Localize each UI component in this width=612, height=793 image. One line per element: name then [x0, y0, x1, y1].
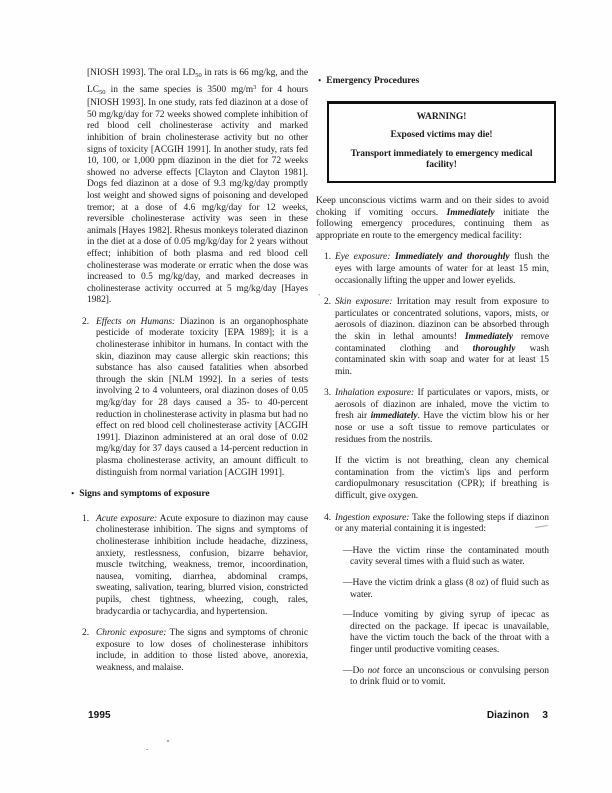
footer-page-info: Diazinon3: [487, 710, 548, 721]
footer-page-number: 3: [542, 710, 548, 721]
heading-text: Emergency Procedures: [326, 76, 419, 86]
item-number: 2.: [82, 317, 89, 329]
list-item-eye-exposure: 1.Eye exposure: Immediately and thorough…: [316, 252, 549, 287]
emphasis-text: Immediately: [465, 332, 513, 342]
emphasis-text: immediately: [371, 411, 418, 421]
paragraph-animal-effects: [NIOSH 1993]. The oral LD50 in rats is 6…: [87, 68, 308, 307]
document-page: [NIOSH 1993]. The oral LD50 in rats is 6…: [0, 0, 612, 793]
bullet-icon: •: [71, 490, 74, 500]
bullet-icon: •: [318, 77, 321, 87]
item-number: 2.: [324, 297, 331, 309]
dash-item-drink-fluid: —Have the victim drink a glass (8 oz) of…: [316, 578, 549, 601]
list-item-ingestion-exposure: 4.Ingestion exposure: Take the following…: [316, 513, 549, 536]
text-run: —Do: [343, 666, 367, 676]
warning-line: Transport immediately to emergency medic…: [339, 149, 544, 172]
warning-title: WARNING!: [339, 112, 544, 124]
scan-speck: [146, 749, 148, 750]
item-title: Effects on Humans:: [96, 317, 175, 327]
text-run: force an unconscious or convulsing perso…: [350, 666, 549, 688]
warning-line: Exposed victims may die!: [339, 130, 544, 142]
emphasis-text: thoroughly: [473, 344, 516, 354]
item-number: 2.: [82, 628, 89, 640]
emergency-procedures-heading: •Emergency Procedures: [318, 76, 549, 88]
heading-text: Signs and symptoms of exposure: [79, 489, 209, 499]
list-item-effects-on-humans: 2.Effects on Humans: Diazinon is an orga…: [82, 317, 308, 479]
list-item-skin-exposure: ˋ 2.Skin exposure: Irritation may result…: [316, 297, 549, 378]
list-item-inhalation-exposure: 3.Inhalation exposure: If particulates o…: [316, 388, 549, 446]
emphasis-text: not: [367, 666, 379, 676]
paragraph-emergency-intro: Keep unconscious victims warm and on the…: [316, 196, 549, 242]
item-title: Acute exposure:: [96, 514, 157, 524]
dash-item-rinse-mouth: —Have the victim rinse the contaminated …: [316, 546, 549, 569]
item-number: 1.: [324, 252, 331, 264]
right-column: •Emergency Procedures WARNING! Exposed v…: [316, 76, 549, 698]
item-title: Ingestion exposure:: [335, 513, 409, 523]
text-run: [NIOSH 1993]. The oral LD: [87, 68, 195, 78]
list-item-acute-exposure: 1.Acute exposure: Acute exposure to diaz…: [82, 514, 308, 618]
item-title: Skin exposure:: [335, 297, 392, 307]
scan-speck: [167, 740, 169, 742]
text-run: in the same species is 3500 mg/m: [106, 85, 254, 95]
dash-item-induce-vomiting: —Induce vomiting by giving syrup of ipec…: [316, 610, 549, 656]
text-run: for 4 hours [NIOSH 1993]. In one study, …: [87, 85, 308, 306]
paragraph-cpr: If the victim is not breathing, clean an…: [335, 456, 549, 502]
list-item-chronic-exposure: 2.Chronic exposure: The signs and sympto…: [82, 628, 308, 674]
emphasis-text: Immediately: [447, 208, 495, 218]
footer-year: 1995: [88, 710, 111, 721]
item-title: Eye exposure:: [335, 252, 390, 262]
item-number: 3.: [324, 388, 331, 400]
item-body: Acute exposure to diazinon may cause cho…: [96, 514, 308, 617]
left-column: [NIOSH 1993]. The oral LD50 in rats is 6…: [82, 68, 308, 685]
signs-symptoms-heading: •Signs and symptoms of exposure: [71, 489, 308, 501]
item-body: Diazinon is an organophosphate pesticide…: [96, 317, 308, 478]
warning-box: WARNING! Exposed victims may die! Transp…: [327, 101, 556, 183]
scan-tick-mark: ˋ: [318, 292, 321, 304]
emphasis-text: Immediately and thoroughly: [390, 252, 509, 262]
item-number: 1.: [82, 514, 89, 526]
item-number: 4.: [324, 513, 331, 525]
item-title: Inhalation exposure:: [335, 388, 414, 398]
dash-item-do-not-force: —Do not force an unconscious or convulsi…: [316, 666, 549, 689]
footer-doc-title: Diazinon: [487, 710, 529, 721]
item-title: Chronic exposure:: [96, 628, 166, 638]
